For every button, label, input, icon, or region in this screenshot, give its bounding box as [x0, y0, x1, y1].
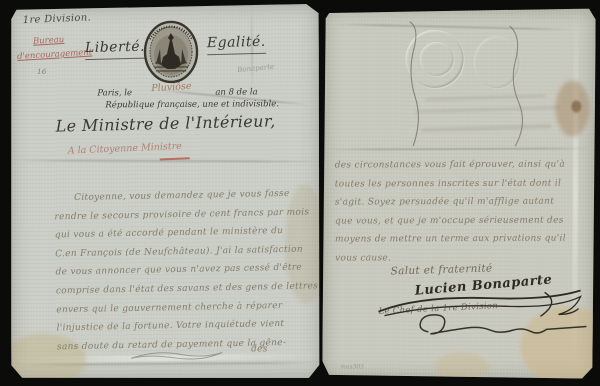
- division-annotation: 1re Division.: [23, 12, 92, 26]
- minister-title: Le Ministre de l'Intérieur,: [55, 111, 276, 135]
- paper-stain: [434, 352, 489, 384]
- flourish-line: [129, 349, 224, 366]
- dateline-middle: an 8 de la: [215, 87, 257, 97]
- letter-body-verso: des circonstances vous fait éprouver, ai…: [335, 155, 587, 267]
- ink-squiggle-lines: [401, 18, 532, 151]
- republique-francaise-seal-icon: [142, 19, 200, 85]
- bureau-annotation-line1: Bureau: [33, 35, 65, 47]
- body-line: moyens de mettre un terme aux privations…: [335, 229, 587, 249]
- dateline-prefix: Paris, le: [97, 88, 132, 98]
- dateline-line2: République française, une et indivisible…: [105, 99, 279, 110]
- folio-number: 16: [37, 68, 47, 76]
- letter-recto-page: 1re Division. Bureau d'encouragement 16 …: [9, 4, 322, 380]
- body-line: que vous, et que je m'occupe sérieusemen…: [335, 211, 587, 231]
- scanned-letter-image: 1re Division. Bureau d'encouragement 16 …: [0, 0, 600, 386]
- body-line: s'agit. Soyez persuadée qu'il m'afflige …: [335, 192, 587, 212]
- pencil-note-bonaparte: Bonaparte: [237, 63, 275, 74]
- letter-body-recto: Citoyenne, vous demandez que je vous fas…: [54, 184, 315, 356]
- countersignature: [414, 310, 589, 345]
- liberte-printed-word: Liberté.: [85, 39, 146, 60]
- manuscript-date: Pluviôse: [151, 81, 192, 94]
- catchword: des: [251, 344, 268, 354]
- paper-stain: [555, 80, 589, 136]
- paper-stain: [571, 100, 581, 112]
- body-line: des circonstances vous fait éprouver, ai…: [335, 155, 587, 175]
- pencil-inventory-mark: mas305: [340, 363, 364, 370]
- egalite-printed-word: Egalité.: [207, 34, 266, 55]
- fold-crease: [10, 159, 320, 162]
- closing-salute: Salut et fraternité: [391, 262, 493, 277]
- bureau-annotation-line2: d'encouragement: [17, 48, 93, 62]
- letter-verso-page: des circonstances vous fait éprouver, ai…: [322, 7, 596, 378]
- salutation-line: A la Citoyenne Ministre: [68, 141, 182, 157]
- body-line: toutes les personnes inscrites sur l'éta…: [335, 174, 587, 194]
- red-underline: [160, 157, 190, 160]
